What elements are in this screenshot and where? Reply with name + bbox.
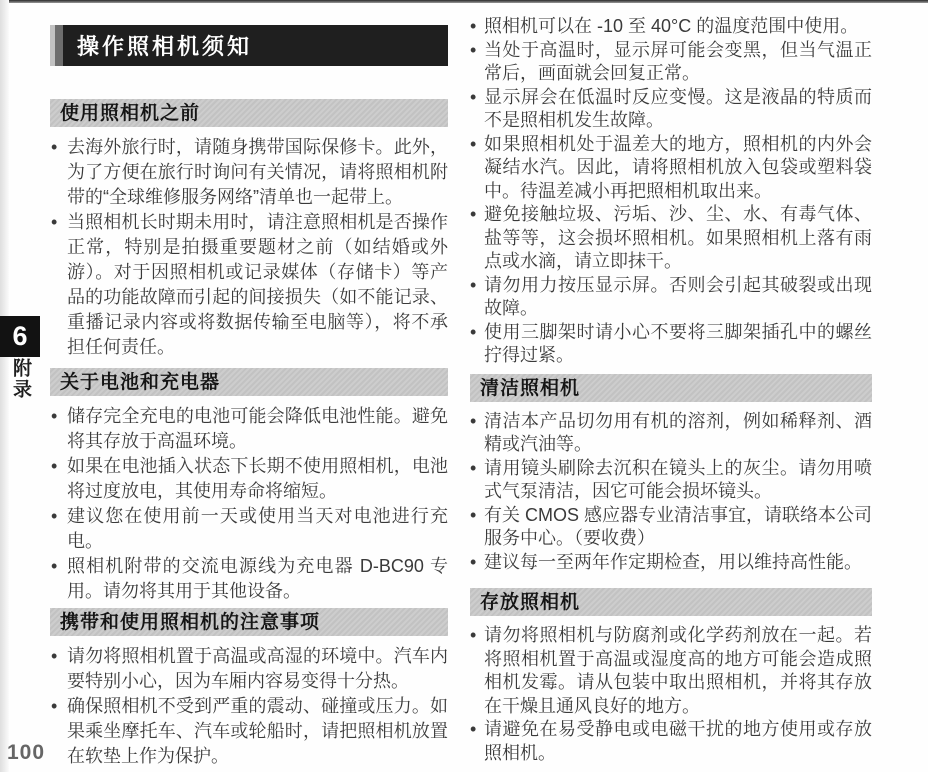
- bullet-list: 去海外旅行时，请随身携带国际保修卡。此外，为了方便在旅行时询问有关情况，请将照相…: [50, 135, 448, 360]
- chapter-label: 附录: [9, 358, 31, 400]
- page-title-bar: 操作照相机须知: [50, 25, 448, 66]
- manual-page: 6 附录 100 操作照相机须知 使用照相机之前 去海外旅行时，请随身携带国际保…: [0, 0, 928, 772]
- section-heading-battery-charger: 关于电池和充电器: [50, 368, 448, 396]
- bullet-item: 清洁本产品切勿用有机的溶剂，例如稀释剂、酒精或汽油等。: [470, 410, 872, 457]
- section-cleaning: 清洁照相机 清洁本产品切勿用有机的溶剂，例如稀释剂、酒精或汽油等。 请用镜头刷除…: [470, 374, 872, 575]
- bullet-item: 避免接触垃圾、污垢、沙、尘、水、有毒气体、盐等等，这会损坏照相机。如果照相机上落…: [470, 203, 872, 274]
- bullet-item: 请勿将照相机置于高温或高湿的环境中。汽车内要特别小心，因为车厢内容易变得十分热。: [50, 644, 448, 694]
- section-heading-carrying-using: 携带和使用照相机的注意事项: [50, 608, 448, 636]
- bullet-item: 确保照相机不受到严重的震动、碰撞或压力。如果乘坐摩托车、汽车或轮船时，请把照相机…: [50, 694, 448, 769]
- right-column: 照相机可以在 -10 至 40°C 的温度范围中使用。 当处于高温时，显示屏可能…: [470, 15, 872, 765]
- section-carrying-using: 携带和使用照相机的注意事项 请勿将照相机置于高温或高湿的环境中。汽车内要特别小心…: [50, 608, 448, 769]
- chapter-number-badge: 6: [0, 316, 40, 357]
- bullet-list: 清洁本产品切勿用有机的溶剂，例如稀释剂、酒精或汽油等。 请用镜头刷除去沉积在镜头…: [470, 410, 872, 575]
- bullet-item: 使用三脚架时请小心不要将三脚架插孔中的螺丝拧得过紧。: [470, 321, 872, 368]
- bullet-item: 有关 CMOS 感应器专业清洁事宜，请联络本公司服务中心。（要收费）: [470, 504, 872, 551]
- bullet-item: 如果在电池插入状态下长期不使用照相机，电池将过度放电，其使用寿命将缩短。: [50, 454, 448, 504]
- bullet-item: 储存完全充电的电池可能会降低电池性能。避免将其存放于高温环境。: [50, 404, 448, 454]
- bullet-list: 储存完全充电的电池可能会降低电池性能。避免将其存放于高温环境。 如果在电池插入状…: [50, 404, 448, 604]
- bullet-item: 建议每一至两年作定期检查，用以维持高性能。: [470, 551, 872, 575]
- bullet-item: 请用镜头刷除去沉积在镜头上的灰尘。请勿用喷式气泵清洁，因它可能会损坏镜头。: [470, 457, 872, 504]
- bullet-item: 当处于高温时，显示屏可能会变黑，但当气温正常后，画面就会回复正常。: [470, 39, 872, 86]
- bullet-item: 照相机附带的交流电源线为充电器 D-BC90 专用。请勿将其用于其他设备。: [50, 554, 448, 604]
- section-storage: 存放照相机 请勿将照相机与防腐剂或化学药剂放在一起。若将照相机置于高温或湿度高的…: [470, 588, 872, 765]
- bullet-list: 请勿将照相机置于高温或高湿的环境中。汽车内要特别小心，因为车厢内容易变得十分热。…: [50, 644, 448, 769]
- scan-top-edge: [0, 0, 928, 3]
- left-column: 操作照相机须知 使用照相机之前 去海外旅行时，请随身携带国际保修卡。此外，为了方…: [50, 25, 448, 769]
- section-battery-charger: 关于电池和充电器 储存完全充电的电池可能会降低电池性能。避免将其存放于高温环境。…: [50, 368, 448, 604]
- bullet-item: 如果照相机处于温差大的地方，照相机的内外会凝结水汽。因此，请将照相机放入包袋或塑…: [470, 133, 872, 204]
- page-title: 操作照相机须知: [77, 30, 252, 61]
- bullet-item: 当照相机长时期未用时，请注意照相机是否操作正常，特别是拍摄重要题材之前（如结婚或…: [50, 210, 448, 360]
- bullet-list-continuation: 照相机可以在 -10 至 40°C 的温度范围中使用。 当处于高温时，显示屏可能…: [470, 15, 872, 368]
- section-heading-storage: 存放照相机: [470, 588, 872, 616]
- bullet-item: 请勿用力按压显示屏。否则会引起其破裂或出现故障。: [470, 274, 872, 321]
- scan-left-edge: [0, 0, 9, 772]
- bullet-item: 建议您在使用前一天或使用当天对电池进行充电。: [50, 504, 448, 554]
- bullet-item: 照相机可以在 -10 至 40°C 的温度范围中使用。: [470, 15, 872, 39]
- bullet-item: 显示屏会在低温时反应变慢。这是液晶的特质而不是照相机发生故障。: [470, 86, 872, 133]
- bullet-item: 请勿将照相机与防腐剂或化学药剂放在一起。若将照相机置于高温或湿度高的地方可能会造…: [470, 624, 872, 718]
- bullet-item: 请避免在易受静电或电磁干扰的地方使用或存放照相机。: [470, 718, 872, 765]
- bullet-item: 去海外旅行时，请随身携带国际保修卡。此外，为了方便在旅行时询问有关情况，请将照相…: [50, 135, 448, 210]
- section-before-using: 使用照相机之前 去海外旅行时，请随身携带国际保修卡。此外，为了方便在旅行时询问有…: [50, 99, 448, 360]
- section-heading-cleaning: 清洁照相机: [470, 374, 872, 402]
- page-number: 100: [7, 741, 45, 765]
- bullet-list: 请勿将照相机与防腐剂或化学药剂放在一起。若将照相机置于高温或湿度高的地方可能会造…: [470, 624, 872, 765]
- section-heading-before-using: 使用照相机之前: [50, 99, 448, 127]
